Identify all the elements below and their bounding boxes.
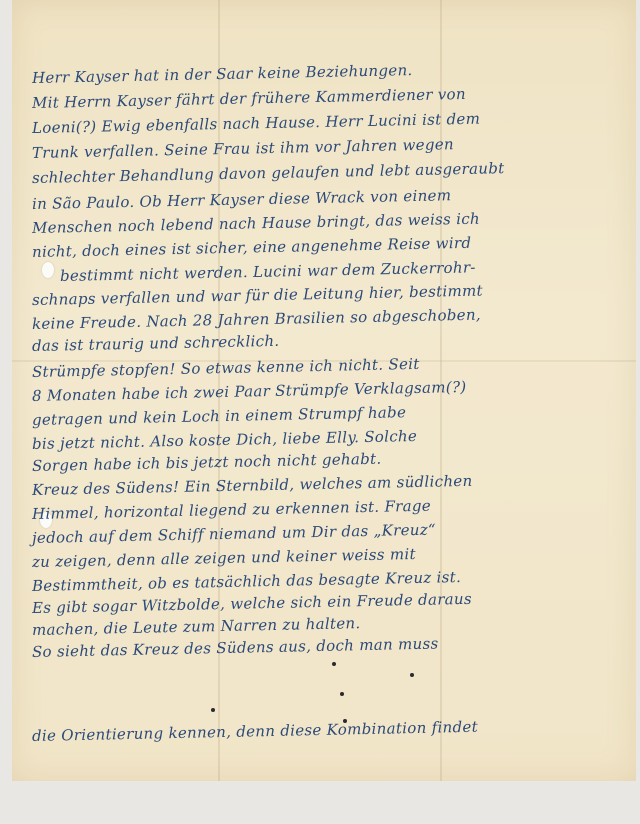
star-dot-icon xyxy=(332,662,336,666)
punch-hole xyxy=(42,262,54,278)
star-dot-icon xyxy=(343,719,347,723)
star-dot-icon xyxy=(410,673,414,677)
star-dot-icon xyxy=(340,692,344,696)
star-dot-icon xyxy=(211,708,215,712)
